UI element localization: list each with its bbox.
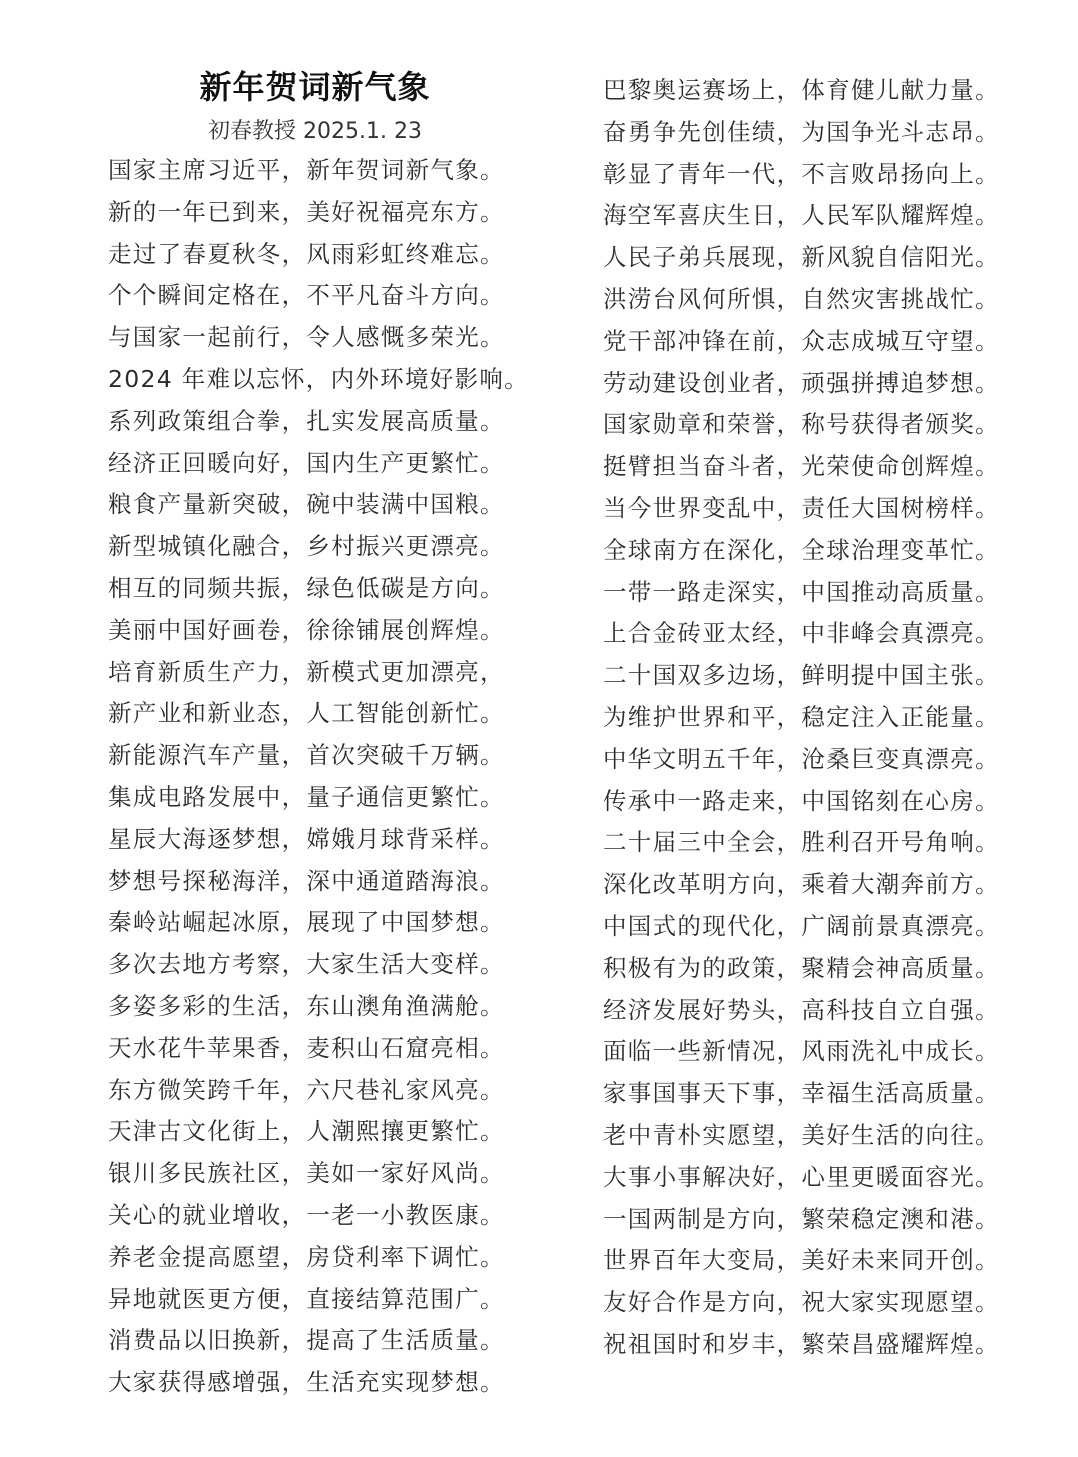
poem-line: 新产业和新业态，人工智能创新忙。	[108, 695, 529, 737]
poem-line: 消费品以旧换新，提高了生活质量。	[108, 1322, 529, 1364]
poem-line: 为维护世界和平，稳定注入正能量。	[603, 699, 1000, 741]
poem-line: 祝祖国时和岁丰，繁荣昌盛耀辉煌。	[603, 1326, 1000, 1368]
poem-line: 新的一年已到来，美好祝福亮东方。	[108, 194, 529, 236]
poem-line: 中华文明五千年，沧桑巨变真漂亮。	[603, 741, 1000, 783]
poem-line: 海空军喜庆生日，人民军队耀辉煌。	[603, 197, 1000, 239]
poem-line: 秦岭站崛起冰原，展现了中国梦想。	[108, 904, 529, 946]
poem-line: 多姿多彩的生活，东山澳角渔满舱。	[108, 988, 529, 1030]
poem-line: 与国家一起前行，令人感慨多荣光。	[108, 319, 529, 361]
poem-line: 银川多民族社区，美如一家好风尚。	[108, 1155, 529, 1197]
poem-line: 新能源汽车产量，首次突破千万辆。	[108, 737, 529, 779]
poem-line: 当今世界变乱中，责任大国树榜样。	[603, 490, 1000, 532]
poem-line: 养老金提高愿望，房贷利率下调忙。	[108, 1239, 529, 1281]
poem-line: 大事小事解决好，心里更暖面容光。	[603, 1159, 1000, 1201]
poem-line: 二十届三中全会，胜利召开号角响。	[603, 824, 1000, 866]
poem-line: 国家勋章和荣誉，称号获得者颁奖。	[603, 406, 1000, 448]
poem-line: 深化改革明方向，乘着大潮奔前方。	[603, 866, 1000, 908]
poem-title: 新年贺词新气象	[100, 62, 530, 108]
poem-line: 关心的就业增收，一老一小教医康。	[108, 1197, 529, 1239]
poem-line: 经济正回暖向好，国内生产更繁忙。	[108, 445, 529, 487]
poem-line: 天水花牛苹果香，麦积山石窟亮相。	[108, 1030, 529, 1072]
poem-line: 系列政策组合拳，扎实发展高质量。	[108, 403, 529, 445]
poem-line: 东方微笑跨千年，六尺巷礼家风亮。	[108, 1072, 529, 1114]
poem-line: 上合金砖亚太经，中非峰会真漂亮。	[603, 615, 1000, 657]
poem-line: 一国两制是方向，繁荣稳定澳和港。	[603, 1201, 1000, 1243]
poem-line: 大家获得感增强，生活充实现梦想。	[108, 1364, 529, 1406]
poem-line: 全球南方在深化，全球治理变革忙。	[603, 532, 1000, 574]
poem-line: 巴黎奥运赛场上，体育健儿献力量。	[603, 72, 1000, 114]
poem-line: 中国式的现代化，广阔前景真漂亮。	[603, 908, 1000, 950]
poem-line: 天津古文化街上，人潮熙攘更繁忙。	[108, 1113, 529, 1155]
poem-line: 多次去地方考察，大家生活大变样。	[108, 946, 529, 988]
poem-line: 劳动建设创业者，顽强拼搏追梦想。	[603, 365, 1000, 407]
poem-line: 美丽中国好画卷，徐徐铺展创辉煌。	[108, 612, 529, 654]
poem-author-date: 初春教授 2025.1. 23	[100, 114, 530, 145]
poem-line: 经济发展好势头，高科技自立自强。	[603, 992, 1000, 1034]
poem-line: 友好合作是方向，祝大家实现愿望。	[603, 1284, 1000, 1326]
poem-line: 国家主席习近平，新年贺词新气象。	[108, 152, 529, 194]
poem-line: 新型城镇化融合，乡村振兴更漂亮。	[108, 528, 529, 570]
poem-line: 二十国双多边场，鲜明提中国主张。	[603, 657, 1000, 699]
poem-line: 梦想号探秘海洋，深中通道踏海浪。	[108, 863, 529, 905]
poem-line: 挺臂担当奋斗者，光荣使命创辉煌。	[603, 448, 1000, 490]
left-column: 国家主席习近平，新年贺词新气象。新的一年已到来，美好祝福亮东方。走过了春夏秋冬，…	[108, 152, 529, 1406]
right-column: 巴黎奥运赛场上，体育健儿献力量。奋勇争先创佳绩，为国争光斗志昂。彰显了青年一代，…	[603, 72, 1000, 1368]
poem-line: 集成电路发展中，量子通信更繁忙。	[108, 779, 529, 821]
poem-line: 2024 年难以忘怀，内外环境好影响。	[108, 361, 529, 403]
poem-line: 积极有为的政策，聚精会神高质量。	[603, 950, 1000, 992]
poem-line: 个个瞬间定格在，不平凡奋斗方向。	[108, 277, 529, 319]
poem-line: 世界百年大变局，美好未来同开创。	[603, 1242, 1000, 1284]
poem-line: 培育新质生产力，新模式更加漂亮，	[108, 654, 529, 696]
poem-line: 人民子弟兵展现，新风貌自信阳光。	[603, 239, 1000, 281]
poem-line: 家事国事天下事，幸福生活高质量。	[603, 1075, 1000, 1117]
poem-line: 老中青朴实愿望，美好生活的向往。	[603, 1117, 1000, 1159]
poem-line: 奋勇争先创佳绩，为国争光斗志昂。	[603, 114, 1000, 156]
poem-line: 传承中一路走来，中国铭刻在心房。	[603, 783, 1000, 825]
poem-line: 走过了春夏秋冬，风雨彩虹终难忘。	[108, 236, 529, 278]
poem-line: 相互的同频共振，绿色低碳是方向。	[108, 570, 529, 612]
poem-line: 一带一路走深实，中国推动高质量。	[603, 574, 1000, 616]
poem-line: 洪涝台风何所惧，自然灾害挑战忙。	[603, 281, 1000, 323]
poem-line: 彰显了青年一代，不言败昂扬向上。	[603, 156, 1000, 198]
poem-line: 党干部冲锋在前，众志成城互守望。	[603, 323, 1000, 365]
poem-line: 面临一些新情况，风雨洗礼中成长。	[603, 1033, 1000, 1075]
poem-line: 异地就医更方便，直接结算范围广。	[108, 1281, 529, 1323]
poem-line: 粮食产量新突破，碗中装满中国粮。	[108, 486, 529, 528]
poem-line: 星辰大海逐梦想，嫦娥月球背采样。	[108, 821, 529, 863]
